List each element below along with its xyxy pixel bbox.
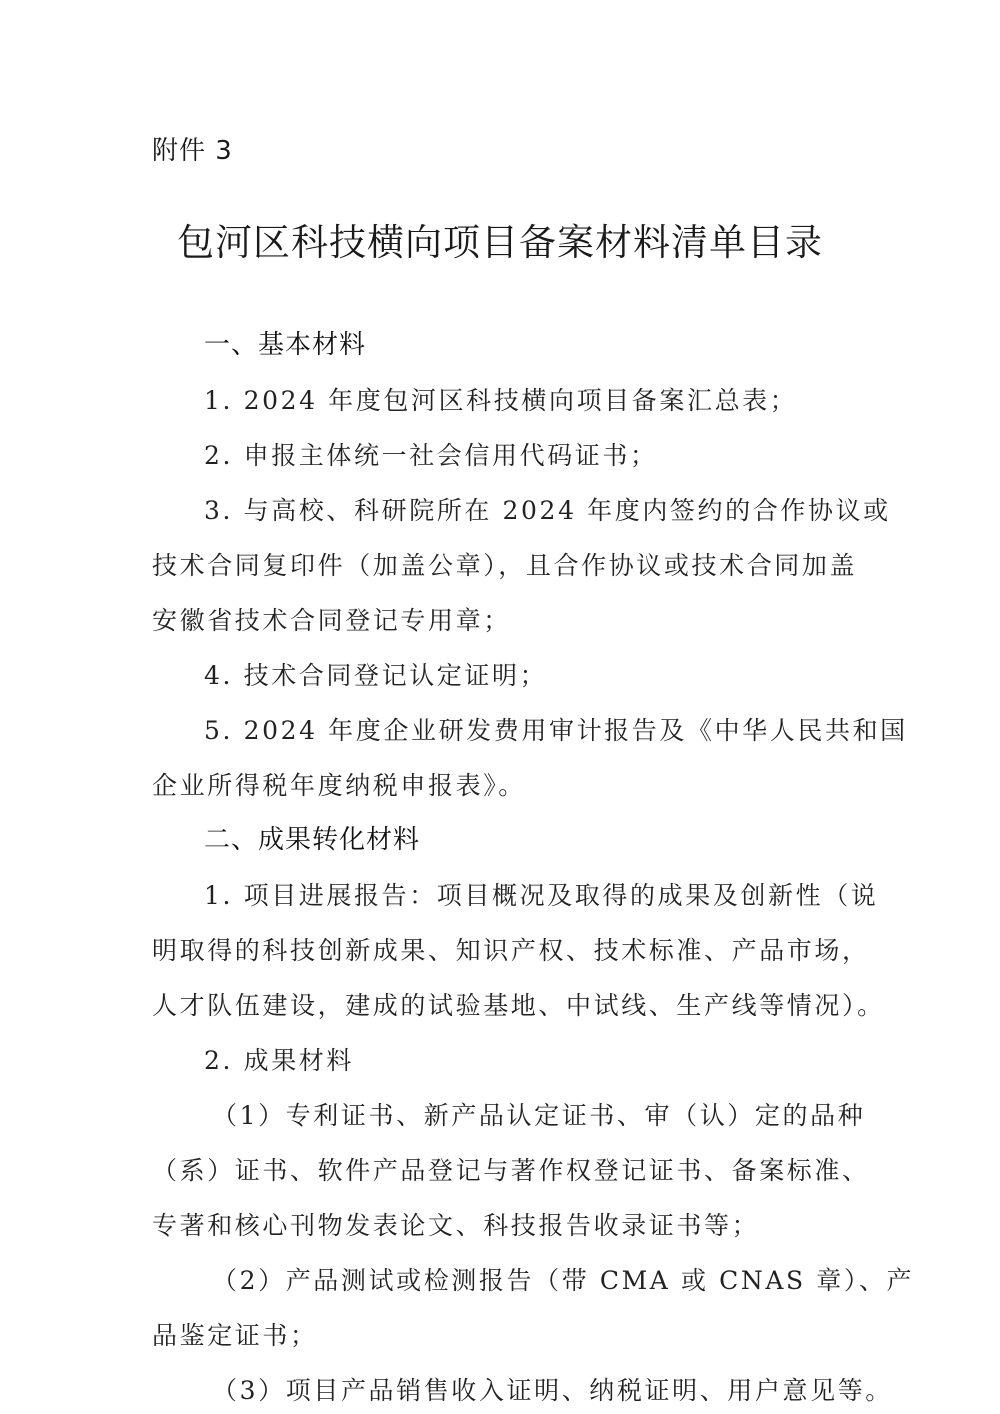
list-item: 1. 2024 年度包河区科技横向项目备案汇总表；	[152, 373, 852, 428]
list-item-continuation: 人才队伍建设，建成的试验基地、中试线、生产线等情况）。	[152, 978, 852, 1033]
list-item: 4. 技术合同登记认定证明；	[152, 648, 852, 703]
sub-list-item-continuation: （系）证书、软件产品登记与著作权登记证书、备案标准、	[152, 1143, 852, 1198]
section-heading-basic-materials: 一、基本材料	[152, 318, 852, 373]
list-item-continuation: 安徽省技术合同登记专用章；	[152, 593, 852, 648]
section-heading-achievement-materials: 二、成果转化材料	[152, 813, 852, 868]
document-body: 一、基本材料 1. 2024 年度包河区科技横向项目备案汇总表； 2. 申报主体…	[152, 318, 852, 1414]
sub-list-item: （1）专利证书、新产品认定证书、审（认）定的品种	[152, 1088, 852, 1143]
list-item: 2. 成果材料	[152, 1033, 852, 1088]
document-page: 附件 3 包河区科技横向项目备案材料清单目录 一、基本材料 1. 2024 年度…	[0, 0, 1000, 1414]
list-item: 2. 申报主体统一社会信用代码证书；	[152, 428, 852, 483]
list-item: 1. 项目进展报告：项目概况及取得的成果及创新性（说	[152, 868, 852, 923]
sub-list-item: （2）产品测试或检测报告（带 CMA 或 CNAS 章）、产	[152, 1253, 852, 1308]
document-title: 包河区科技横向项目备案材料清单目录	[0, 218, 1000, 268]
sub-list-item-continuation: 品鉴定证书；	[152, 1308, 852, 1363]
list-item-continuation: 技术合同复印件（加盖公章），且合作协议或技术合同加盖	[152, 538, 852, 593]
attachment-label: 附件 3	[152, 134, 233, 168]
sub-list-item-continuation: 专著和核心刊物发表论文、科技报告收录证书等；	[152, 1198, 852, 1253]
list-item-continuation: 企业所得税年度纳税申报表》。	[152, 758, 852, 813]
list-item: 3. 与高校、科研院所在 2024 年度内签约的合作协议或	[152, 483, 852, 538]
list-item-continuation: 明取得的科技创新成果、知识产权、技术标准、产品市场，	[152, 923, 852, 978]
sub-list-item: （3）项目产品销售收入证明、纳税证明、用户意见等。	[152, 1363, 852, 1414]
list-item: 5. 2024 年度企业研发费用审计报告及《中华人民共和国	[152, 703, 852, 758]
